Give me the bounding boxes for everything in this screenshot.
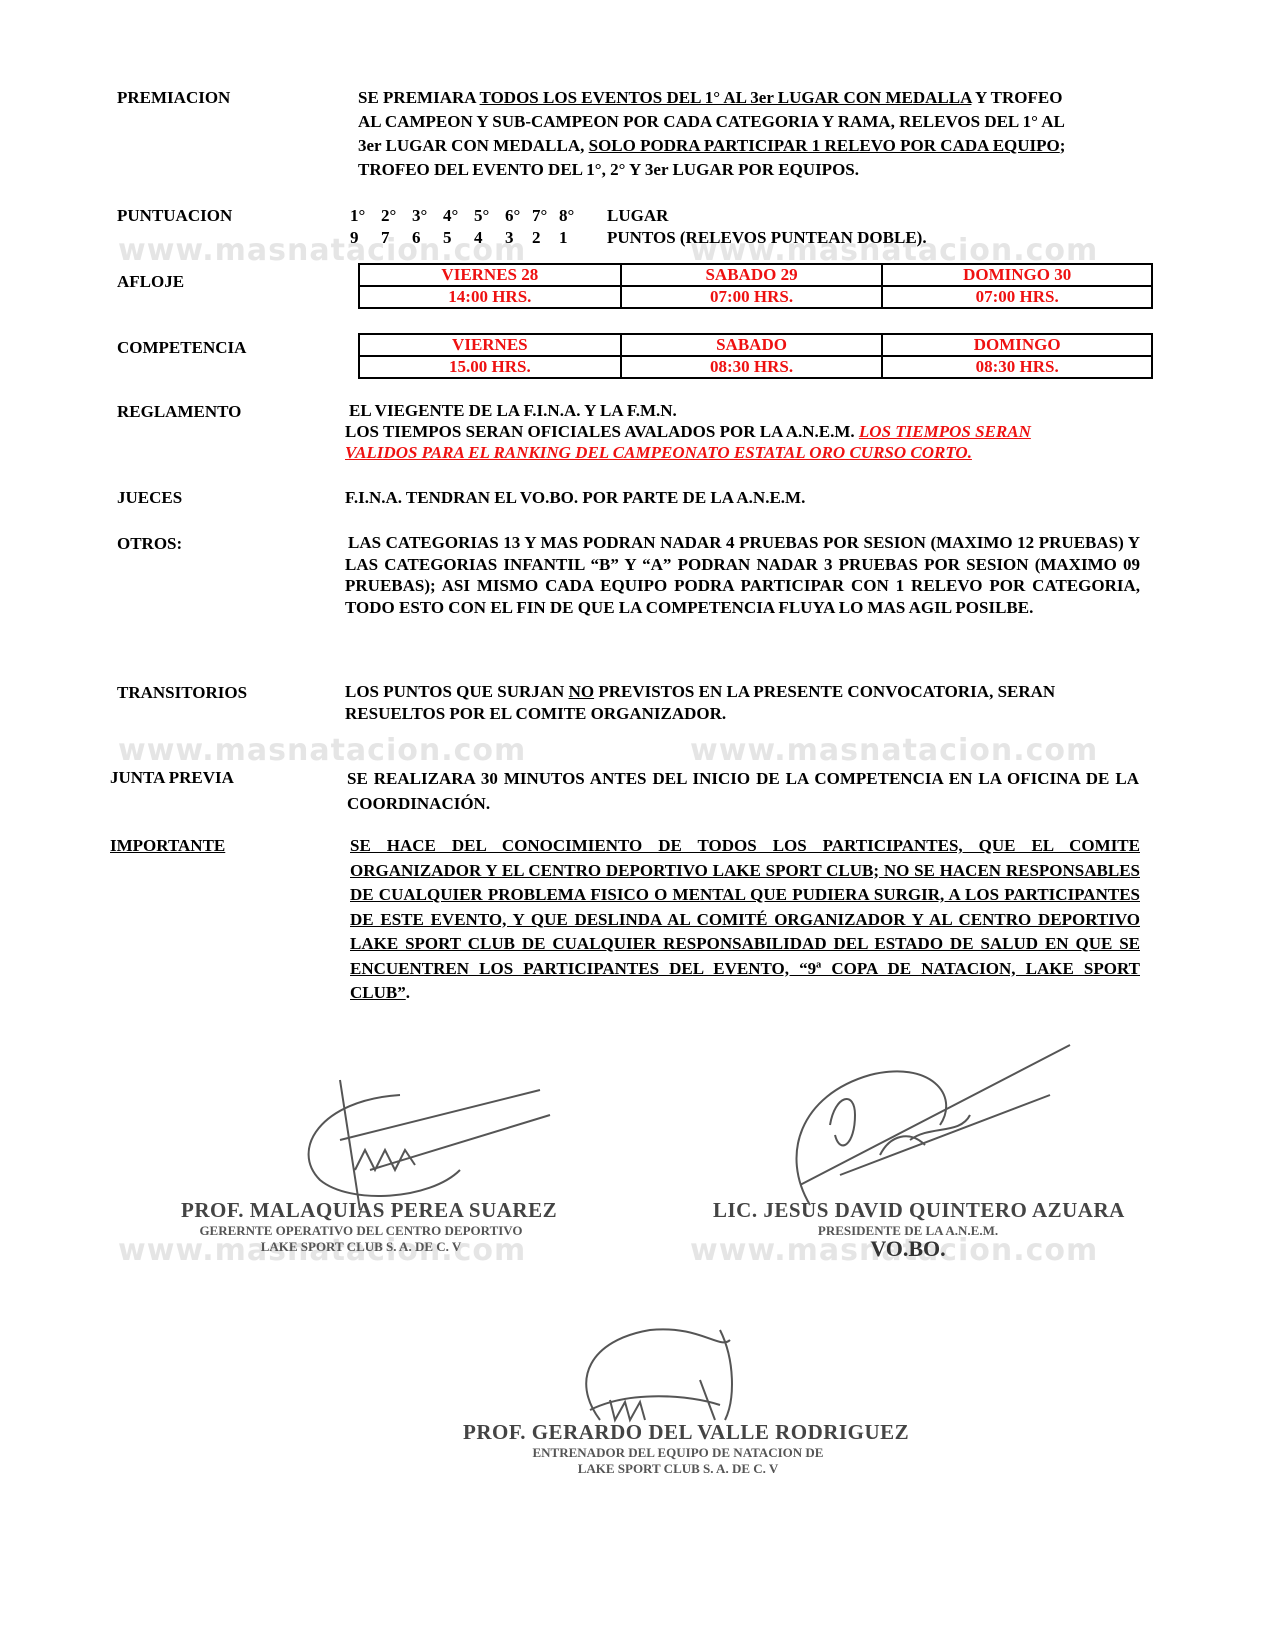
- table-row: 14:00 HRS. 07:00 HRS. 07:00 HRS.: [359, 286, 1152, 308]
- jueces-text: F.I.N.A. TENDRAN EL VO.BO. POR PARTE DE …: [345, 486, 805, 510]
- section-label-premiacion: PREMIACION: [117, 88, 230, 108]
- section-label-puntuacion: PUNTUACION: [117, 206, 232, 226]
- points: 1: [559, 228, 607, 248]
- points: 2: [532, 228, 559, 248]
- premiacion-line: AL CAMPEON Y SUB-CAMPEON POR CADA CATEGO…: [358, 110, 1143, 134]
- signature-role: VO.BO.: [713, 1236, 1103, 1262]
- time-cell: 08:30 HRS.: [621, 356, 883, 378]
- places-label: LUGAR: [607, 206, 668, 226]
- place: 4°: [443, 206, 474, 226]
- section-label-otros: OTROS:: [117, 534, 182, 554]
- section-label-afloje: AFLOJE: [117, 272, 184, 292]
- junta-previa-text: SE REALIZARA 30 MINUTOS ANTES DEL INICIO…: [347, 766, 1139, 816]
- watermark: www.masnatacion.com: [118, 733, 526, 768]
- section-label-reglamento: REGLAMENTO: [117, 402, 241, 422]
- importante-underlined: SE HACE DEL CONOCIMIENTO DE TODOS LOS PA…: [350, 836, 1140, 1002]
- transitorios-line: LOS PUNTOS QUE SURJAN: [345, 682, 569, 701]
- time-cell: 08:30 HRS.: [882, 356, 1152, 378]
- place: 1°: [350, 206, 381, 226]
- points: 4: [474, 228, 505, 248]
- reglamento-line: EL VIEGENTE DE LA F.I.N.A. Y LA F.M.N.: [345, 400, 1031, 421]
- day-cell: DOMINGO 30: [882, 264, 1152, 286]
- premiacion-line: TROFEO DEL EVENTO DEL 1°, 2° Y 3er LUGAR…: [358, 158, 1143, 182]
- time-cell: 07:00 HRS.: [621, 286, 883, 308]
- signature-scribble: [540, 1310, 760, 1420]
- section-label-transitorios: TRANSITORIOS: [117, 683, 247, 703]
- day-cell: SABADO 29: [621, 264, 883, 286]
- signature-role: LAKE SPORT CLUB S. A. DE C. V: [463, 1461, 893, 1477]
- points-label: PUNTOS (RELEVOS PUNTEAN DOBLE).: [607, 228, 927, 248]
- place: 5°: [474, 206, 505, 226]
- premiacion-line: 3er LUGAR CON MEDALLA,: [358, 136, 589, 155]
- points: 9: [350, 228, 381, 248]
- premiacion-line: Y TROFEO: [971, 88, 1062, 107]
- place: 7°: [532, 206, 559, 226]
- signature-role: LAKE SPORT CLUB S. A. DE C. V: [181, 1239, 541, 1255]
- premiacion-underlined: TODOS LOS EVENTOS DEL 1° AL 3er LUGAR CO…: [480, 88, 972, 107]
- places-row: 1°2°3°4°5°6°7°8°LUGAR: [350, 206, 668, 226]
- importante-end: .: [406, 983, 410, 1002]
- importante-text: SE HACE DEL CONOCIMIENTO DE TODOS LOS PA…: [350, 834, 1140, 1006]
- day-cell: VIERNES 28: [359, 264, 621, 286]
- reglamento-text: EL VIEGENTE DE LA F.I.N.A. Y LA F.M.N. L…: [345, 400, 1031, 463]
- signature-role: ENTRENADOR DEL EQUIPO DE NATACION DE: [463, 1445, 893, 1461]
- table-row: 15.00 HRS. 08:30 HRS. 08:30 HRS.: [359, 356, 1152, 378]
- otros-text: LAS CATEGORIAS 13 Y MAS PODRAN NADAR 4 P…: [345, 532, 1140, 618]
- section-label-jueces: JUECES: [117, 488, 182, 508]
- place: 2°: [381, 206, 412, 226]
- section-label-competencia: COMPETENCIA: [117, 338, 246, 358]
- signature-scribble: [760, 1035, 1080, 1210]
- watermark: www.masnatacion.com: [690, 733, 1098, 768]
- time-cell: 15.00 HRS.: [359, 356, 621, 378]
- points: 7: [381, 228, 412, 248]
- place: 3°: [412, 206, 443, 226]
- premiacion-line: SE PREMIARA: [358, 88, 480, 107]
- signature-name: PROF. GERARDO DEL VALLE RODRIGUEZ: [463, 1420, 909, 1445]
- table-row: VIERNES SABADO DOMINGO: [359, 334, 1152, 356]
- transitorios-underlined: NO: [569, 682, 595, 701]
- points: 6: [412, 228, 443, 248]
- signature-role: GERERNTE OPERATIVO DEL CENTRO DEPORTIVO: [181, 1223, 541, 1239]
- day-cell: SABADO: [621, 334, 883, 356]
- transitorios-text: LOS PUNTOS QUE SURJAN NO PREVISTOS EN LA…: [345, 681, 1135, 724]
- afloje-schedule-table: VIERNES 28 SABADO 29 DOMINGO 30 14:00 HR…: [358, 263, 1153, 309]
- premiacion-line: ;: [1060, 136, 1066, 155]
- reglamento-highlight: VALIDOS PARA EL RANKING DEL CAMPEONATO E…: [345, 442, 1031, 463]
- premiacion-text: SE PREMIARA TODOS LOS EVENTOS DEL 1° AL …: [358, 86, 1143, 182]
- signature-name: LIC. JESUS DAVID QUINTERO AZUARA: [713, 1198, 1125, 1223]
- place: 6°: [505, 206, 532, 226]
- reglamento-highlight: LOS TIEMPOS SERAN: [859, 422, 1031, 441]
- time-cell: 14:00 HRS.: [359, 286, 621, 308]
- day-cell: DOMINGO: [882, 334, 1152, 356]
- competencia-schedule-table: VIERNES SABADO DOMINGO 15.00 HRS. 08:30 …: [358, 333, 1153, 379]
- signature-name: PROF. MALAQUIAS PEREA SUAREZ: [181, 1198, 557, 1223]
- place: 8°: [559, 206, 607, 226]
- table-row: VIERNES 28 SABADO 29 DOMINGO 30: [359, 264, 1152, 286]
- premiacion-underlined: SOLO PODRA PARTICIPAR 1 RELEVO POR CADA …: [589, 136, 1060, 155]
- section-label-junta-previa: JUNTA PREVIA: [110, 768, 234, 788]
- section-label-importante: IMPORTANTE: [110, 836, 225, 856]
- time-cell: 07:00 HRS.: [882, 286, 1152, 308]
- points-row: 97654321PUNTOS (RELEVOS PUNTEAN DOBLE).: [350, 228, 927, 248]
- day-cell: VIERNES: [359, 334, 621, 356]
- signature-scribble: [280, 1070, 560, 1210]
- reglamento-line: LOS TIEMPOS SERAN OFICIALES AVALADOS POR…: [345, 422, 859, 441]
- points: 3: [505, 228, 532, 248]
- points: 5: [443, 228, 474, 248]
